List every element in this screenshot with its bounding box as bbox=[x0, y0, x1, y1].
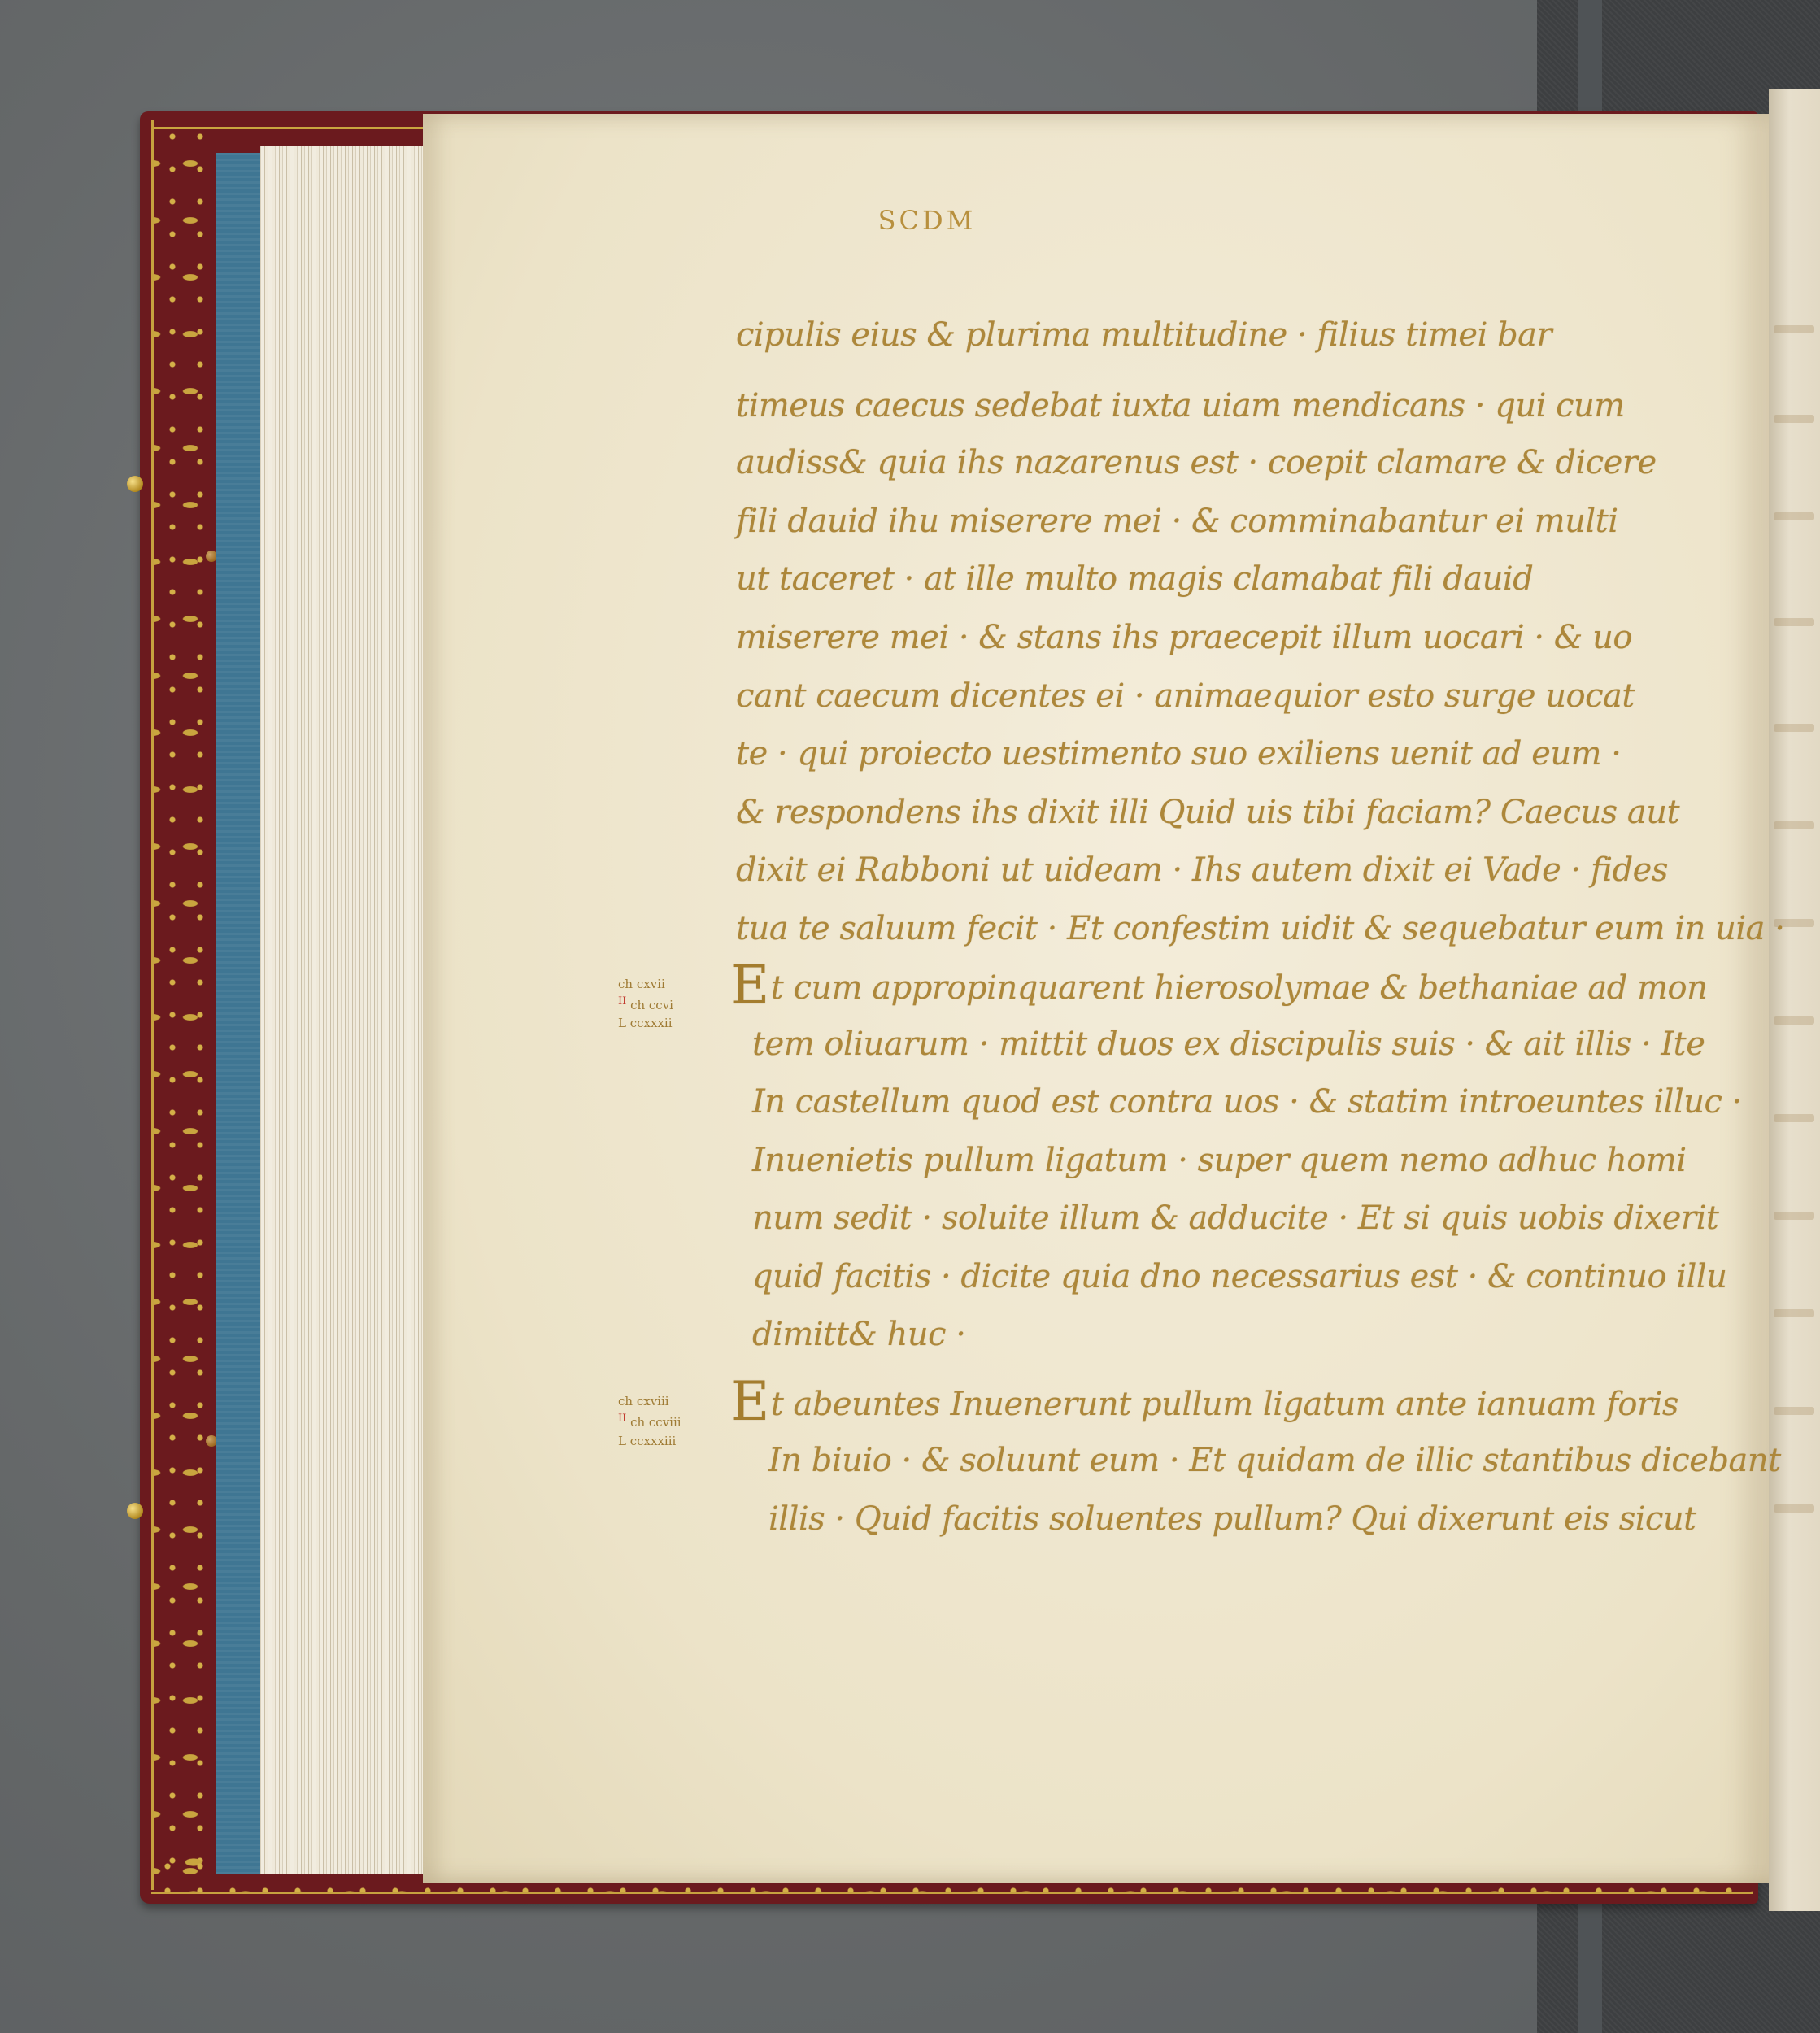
margin-canon-reference: L ccxxxiii bbox=[618, 1433, 676, 1449]
section-2-first-line: Et abeuntes Inuenerunt pullum ligatum an… bbox=[730, 1382, 1665, 1424]
gilt-tooling-left bbox=[151, 120, 212, 1890]
text-line: miserere mei · & stans ihs praecepit ill… bbox=[736, 618, 1671, 657]
facing-page-edge bbox=[1769, 89, 1820, 1911]
margin-canon-reference: ch cxviii bbox=[618, 1393, 669, 1409]
text-line: In castellum quod est contra uos · & sta… bbox=[752, 1082, 1687, 1121]
margin-canon-reference: II ch ccvi bbox=[618, 994, 673, 1013]
rubric-numeral: II bbox=[618, 1413, 626, 1425]
text-line: timeus caecus sedebat iuxta uiam mendica… bbox=[736, 386, 1671, 425]
text-line: illis · Quid facitis soluentes pullum? Q… bbox=[768, 1500, 1704, 1539]
text-line: num sedit · soluite illum & adducite · E… bbox=[752, 1199, 1687, 1238]
text-line: fili dauid ihu miserere mei · & comminab… bbox=[736, 502, 1671, 541]
text-line: In biuio · & soluunt eum · Et quidam de … bbox=[768, 1441, 1704, 1480]
decorated-initial: E bbox=[730, 1370, 769, 1433]
running-head: SCDM bbox=[846, 205, 1008, 236]
text-line: audiss& quia ihs nazarenus est · coepit … bbox=[736, 443, 1671, 482]
margin-canon-reference: II ch ccviii bbox=[618, 1411, 681, 1430]
clasp-pin-icon bbox=[127, 1503, 143, 1519]
text-line: & respondens ihs dixit illi Quid uis tib… bbox=[736, 793, 1671, 832]
blue-pastedown bbox=[216, 153, 265, 1874]
text-line: tem oliuarum · mittit duos ex discipulis… bbox=[752, 1025, 1687, 1064]
margin-canon-reference: L ccxxxii bbox=[618, 1015, 673, 1031]
margin-canon-reference: ch cxvii bbox=[618, 976, 665, 992]
section-1-first-line: Et cum appropinquarent hierosolymae & be… bbox=[730, 966, 1665, 1008]
cover-nail-icon bbox=[206, 1435, 217, 1447]
text-line: quid facitis · dicite quia dno necessari… bbox=[752, 1257, 1687, 1296]
text-line: Inuenietis pullum ligatum · super quem n… bbox=[752, 1141, 1687, 1180]
text-line: ut taceret · at ille multo magis clamaba… bbox=[736, 559, 1671, 599]
text-line: dixit ei Rabboni ut uideam · Ihs autem d… bbox=[736, 851, 1671, 890]
text-line: te · qui proiecto uestimento suo exilien… bbox=[736, 734, 1671, 773]
text-line: dimitt& huc · bbox=[752, 1315, 1687, 1354]
cover-nail-icon bbox=[206, 551, 217, 562]
decorated-initial: E bbox=[730, 954, 769, 1016]
text-line: tua te saluum fecit · Et confestim uidit… bbox=[736, 909, 1671, 948]
page-edge-stack bbox=[260, 146, 423, 1874]
clasp-pin-icon bbox=[127, 476, 143, 492]
rubric-numeral: II bbox=[618, 995, 626, 1008]
text-line: cipulis eius & plurima multitudine · fil… bbox=[736, 316, 1671, 355]
text-line: cant caecum dicentes ei · animaequior es… bbox=[736, 677, 1671, 716]
